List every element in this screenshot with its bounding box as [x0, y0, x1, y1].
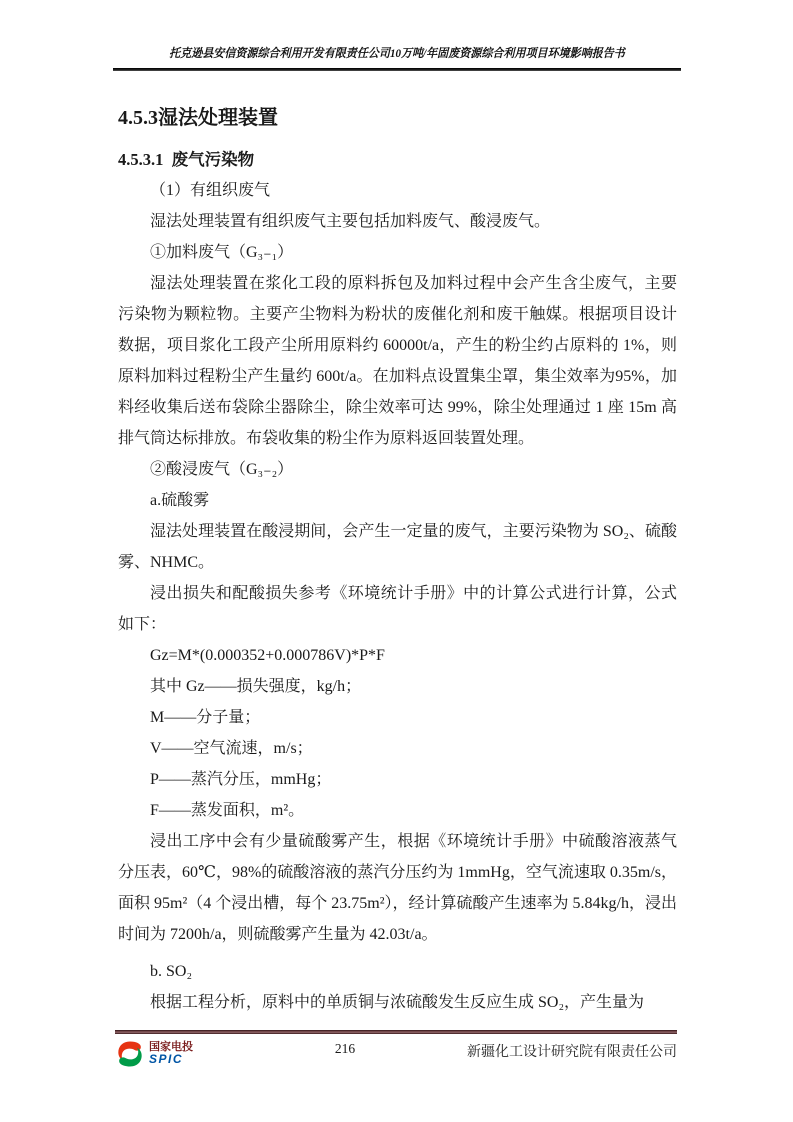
definition-line: 其中 Gz——损失强度，kg/h； [118, 671, 677, 702]
paragraph: 根据工程分析，原料中的单质铜与浓硫酸发生反应生成 SO₂，产生量为 [118, 987, 677, 1018]
header-title: 托克逊县安信资源综合利用开发有限责任公司10万吨/年固废资源综合利用项目环境影响… [136, 44, 659, 61]
definition-line: M——分子量； [118, 702, 677, 733]
paragraph-list-item: （1）有组织废气 [118, 175, 677, 206]
paragraph-list-item: ②酸浸废气（G₃₋₂） [118, 454, 677, 485]
paragraph-list-item: a.硫酸雾 [118, 485, 677, 516]
section-heading: 4.5.3湿法处理装置 [118, 103, 677, 133]
paragraph: 湿法处理装置有组织废气主要包括加料废气、酸浸废气。 [118, 206, 677, 237]
definition-line: V——空气流速，m/s； [118, 733, 677, 764]
document-page: 托克逊县安信资源综合利用开发有限责任公司10万吨/年固废资源综合利用项目环境影响… [0, 0, 793, 1122]
definition-line: P——蒸汽分压，mmHg； [118, 764, 677, 795]
subsection-heading: 4.5.3.1 废气污染物 [118, 147, 677, 172]
spic-logo: 国家电投 SPIC [115, 1037, 265, 1069]
paragraph: 浸出工序中会有少量硫酸雾产生，根据《环境统计手册》中硫酸溶液蒸气分压表，60℃，… [118, 826, 677, 950]
page-number: 216 [265, 1037, 425, 1057]
paragraph: 湿法处理装置在浆化工段的原料拆包及加料过程中会产生含尘废气，主要污染物为颗粒物。… [118, 268, 677, 454]
paragraph: 湿法处理装置在酸浸期间，会产生一定量的废气，主要污染物为 SO₂、硫酸雾、NHM… [118, 516, 677, 578]
spic-logo-text: 国家电投 SPIC [149, 1042, 193, 1066]
definition-line: F——蒸发面积，m²。 [118, 795, 677, 826]
spic-logo-icon [115, 1039, 145, 1069]
page-footer: 国家电投 SPIC 216 新疆化工设计研究院有限责任公司 [115, 1030, 677, 1069]
header-rule [113, 68, 681, 71]
paragraph-list-item: b. SO₂ [118, 956, 677, 987]
page-header: 托克逊县安信资源综合利用开发有限责任公司10万吨/年固废资源综合利用项目环境影响… [113, 44, 681, 71]
footer-rule [115, 1030, 677, 1034]
footer-company-name: 新疆化工设计研究院有限责任公司 [425, 1037, 677, 1061]
document-body: 4.5.3湿法处理装置 4.5.3.1 废气污染物 （1）有组织废气 湿法处理装… [118, 96, 677, 1018]
logo-text-en: SPIC [149, 1053, 193, 1066]
formula-line: Gz=M*(0.000352+0.000786V)*P*F [118, 640, 677, 671]
paragraph-list-item: ①加料废气（G₃₋₁） [118, 237, 677, 268]
paragraph: 浸出损失和配酸损失参考《环境统计手册》中的计算公式进行计算，公式如下： [118, 578, 677, 640]
